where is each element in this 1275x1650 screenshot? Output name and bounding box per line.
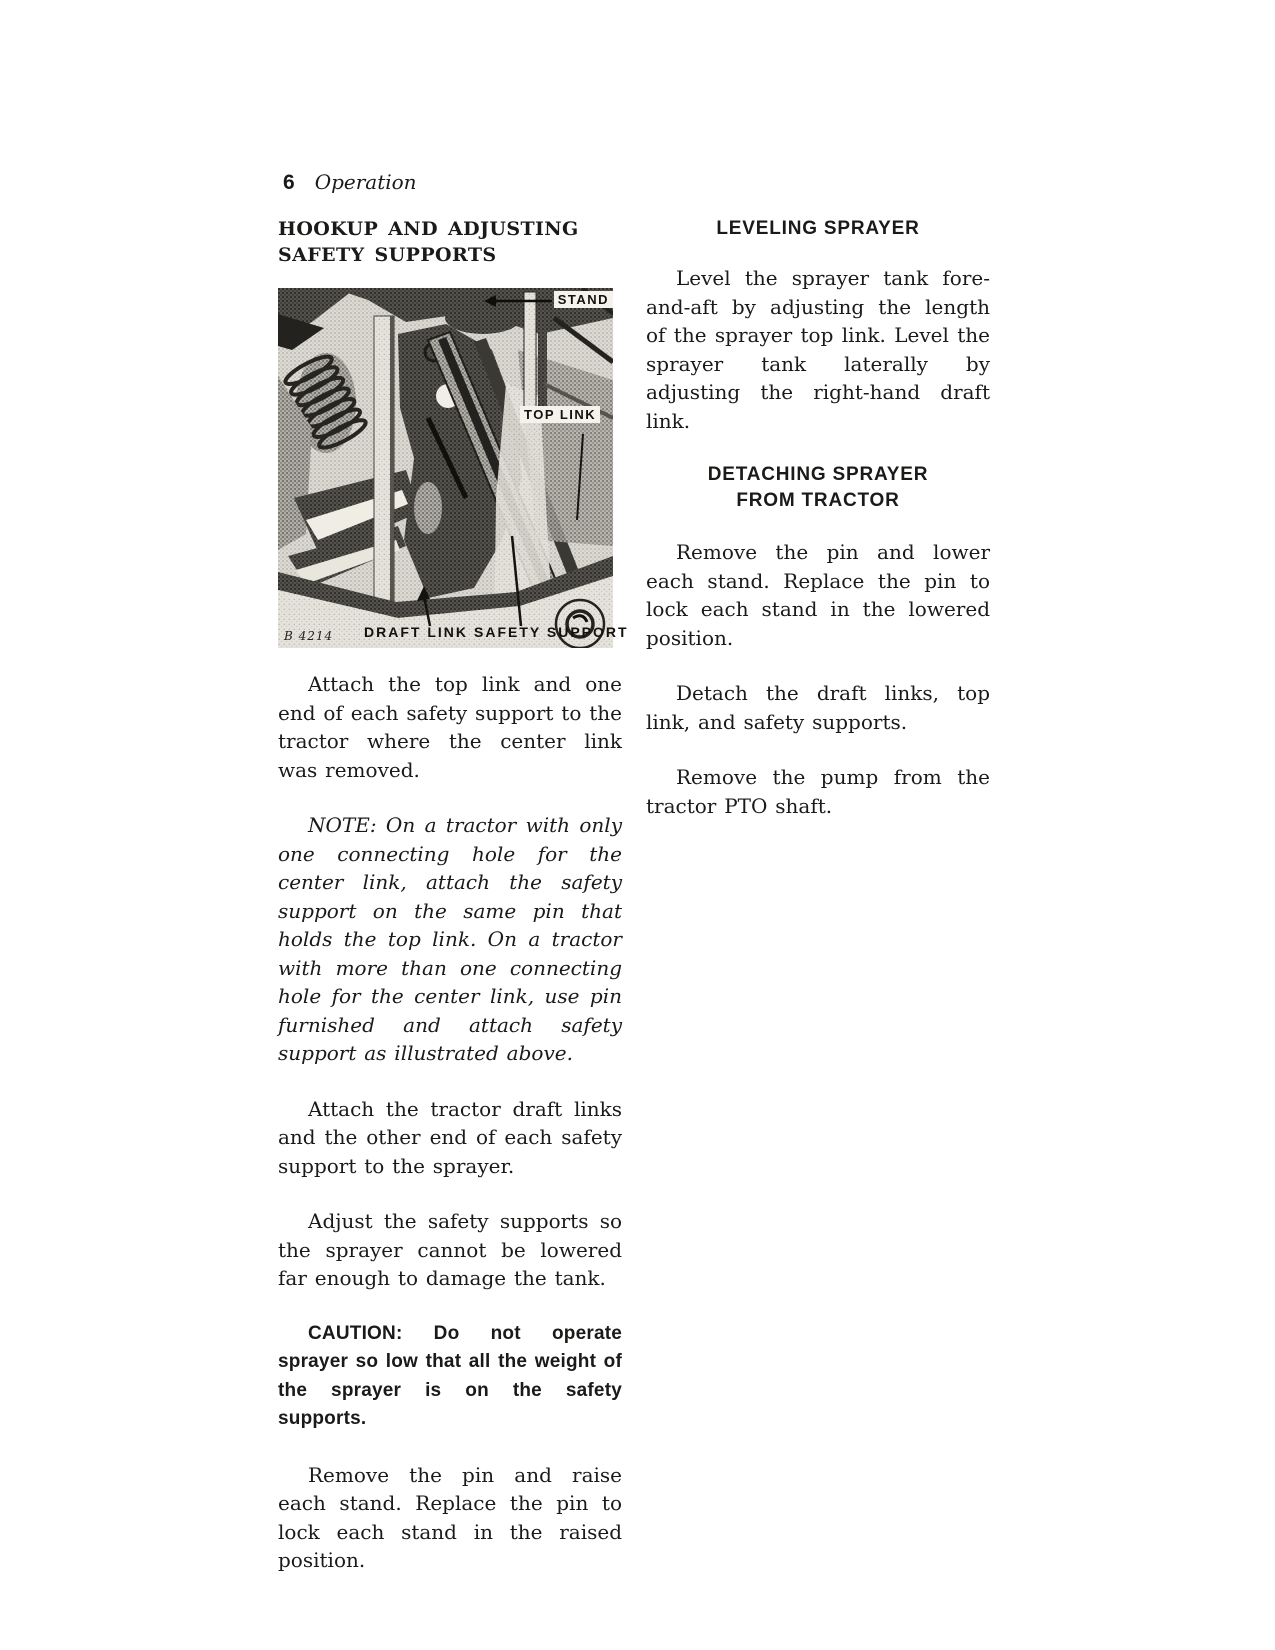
page-header: 6Operation xyxy=(283,170,417,195)
figure-hookup-photo: STAND TOP LINK DRAFT LINK SAFETY SUPPORT… xyxy=(278,288,613,648)
heading-hookup-supports: HOOKUP AND ADJUSTING SAFETY SUPPORTS xyxy=(278,216,622,268)
paragraph-detach-links: Detach the draft links, top link, and sa… xyxy=(646,679,990,736)
paragraph-attach-top-link: Attach the top link and one end of each … xyxy=(278,670,622,784)
figure-id-code: B 4214 xyxy=(284,629,333,643)
section-title: Operation xyxy=(315,170,417,194)
callout-safety-support: SAFETY SUPPORT xyxy=(474,624,629,640)
paragraph-attach-draft-links: Attach the tractor draft links and the o… xyxy=(278,1095,622,1181)
heading-detaching-sprayer: DETACHING SPRAYER FROM TRACTOR xyxy=(683,462,953,514)
callout-stand: STAND xyxy=(554,291,613,308)
paragraph-remove-pump: Remove the pump from the tractor PTO sha… xyxy=(646,763,990,820)
halftone-photo xyxy=(278,288,613,648)
paragraph-adjust-supports: Adjust the safety supports so the spraye… xyxy=(278,1207,622,1293)
right-column: LEVELING SPRAYER Level the sprayer tank … xyxy=(646,214,990,1602)
paragraph-lower-stand: Remove the pin and lower each stand. Rep… xyxy=(646,538,990,652)
paragraph-raise-stand: Remove the pin and raise each stand. Rep… xyxy=(278,1461,622,1575)
note-paragraph: NOTE: On a tractor with only one connect… xyxy=(278,811,622,1068)
caution-paragraph: CAUTION: Do not operate sprayer so low t… xyxy=(278,1320,622,1434)
callout-draft-link: DRAFT LINK xyxy=(364,624,468,640)
page-number: 6 xyxy=(283,171,295,194)
manual-page: 6Operation HOOKUP AND ADJUSTING SAFETY S… xyxy=(0,0,1275,1650)
callout-top-link: TOP LINK xyxy=(520,406,600,423)
paragraph-level-tank: Level the sprayer tank fore-and-aft by a… xyxy=(646,264,990,435)
left-column: HOOKUP AND ADJUSTING SAFETY SUPPORTS xyxy=(278,214,622,1602)
heading-leveling-sprayer: LEVELING SPRAYER xyxy=(646,216,990,242)
content-columns: HOOKUP AND ADJUSTING SAFETY SUPPORTS xyxy=(278,214,990,1602)
